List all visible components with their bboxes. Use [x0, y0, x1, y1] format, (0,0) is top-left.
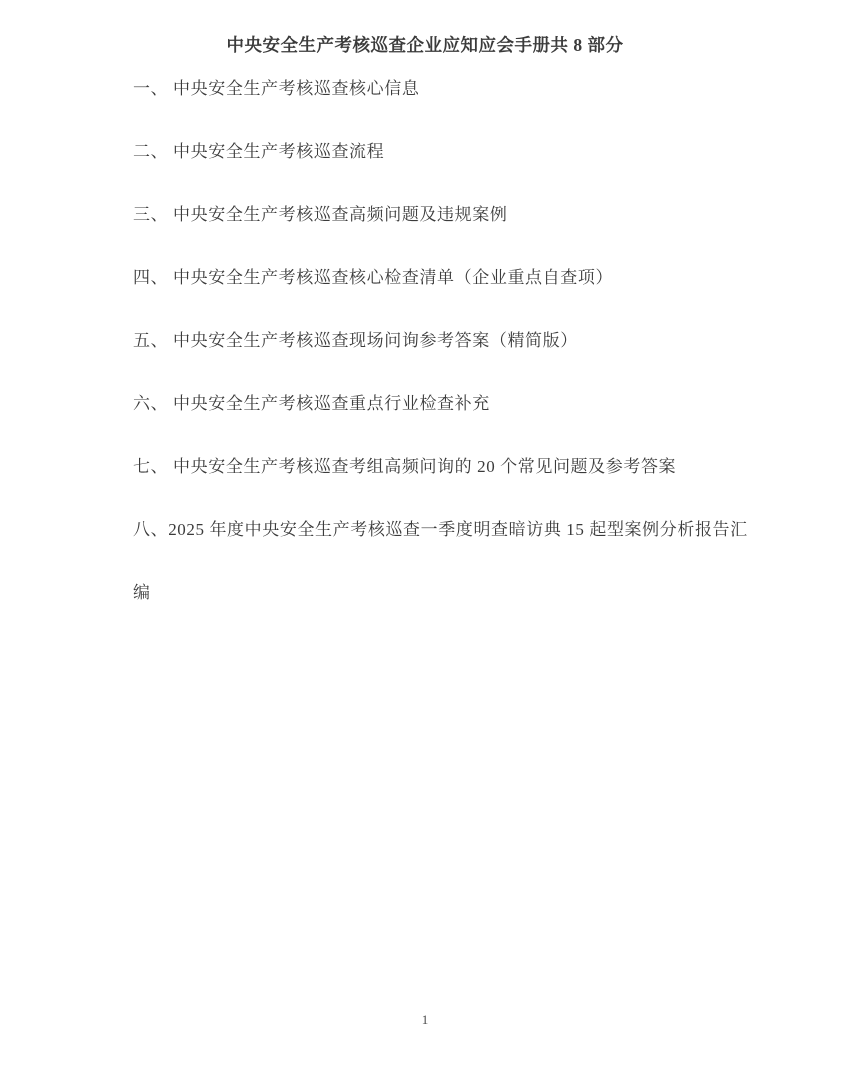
toc-list: 一、 中央安全生产考核巡查核心信息 二、 中央安全生产考核巡查流程 三、 中央安…	[133, 77, 790, 604]
toc-item-8-continuation: 编	[133, 581, 790, 604]
toc-item-7: 七、 中央安全生产考核巡查考组高频问询的 20 个常见问题及参考答案	[133, 455, 790, 478]
page-number: 1	[0, 1012, 850, 1028]
toc-item-4: 四、 中央安全生产考核巡查核心检查清单（企业重点自查项）	[133, 266, 790, 289]
document-page: 中央安全生产考核巡查企业应知应会手册共 8 部分 一、 中央安全生产考核巡查核心…	[0, 0, 850, 1067]
toc-item-6: 六、 中央安全生产考核巡查重点行业检查补充	[133, 392, 790, 415]
toc-item-1: 一、 中央安全生产考核巡查核心信息	[133, 77, 790, 100]
page-title: 中央安全生产考核巡查企业应知应会手册共 8 部分	[0, 0, 850, 56]
toc-item-3: 三、 中央安全生产考核巡查高频问题及违规案例	[133, 203, 790, 226]
toc-item-2: 二、 中央安全生产考核巡查流程	[133, 140, 790, 163]
toc-item-8: 八、2025 年度中央安全生产考核巡查一季度明查暗访典 15 起型案例分析报告汇	[133, 518, 790, 541]
toc-item-5: 五、 中央安全生产考核巡查现场问询参考答案（精简版）	[133, 329, 790, 352]
